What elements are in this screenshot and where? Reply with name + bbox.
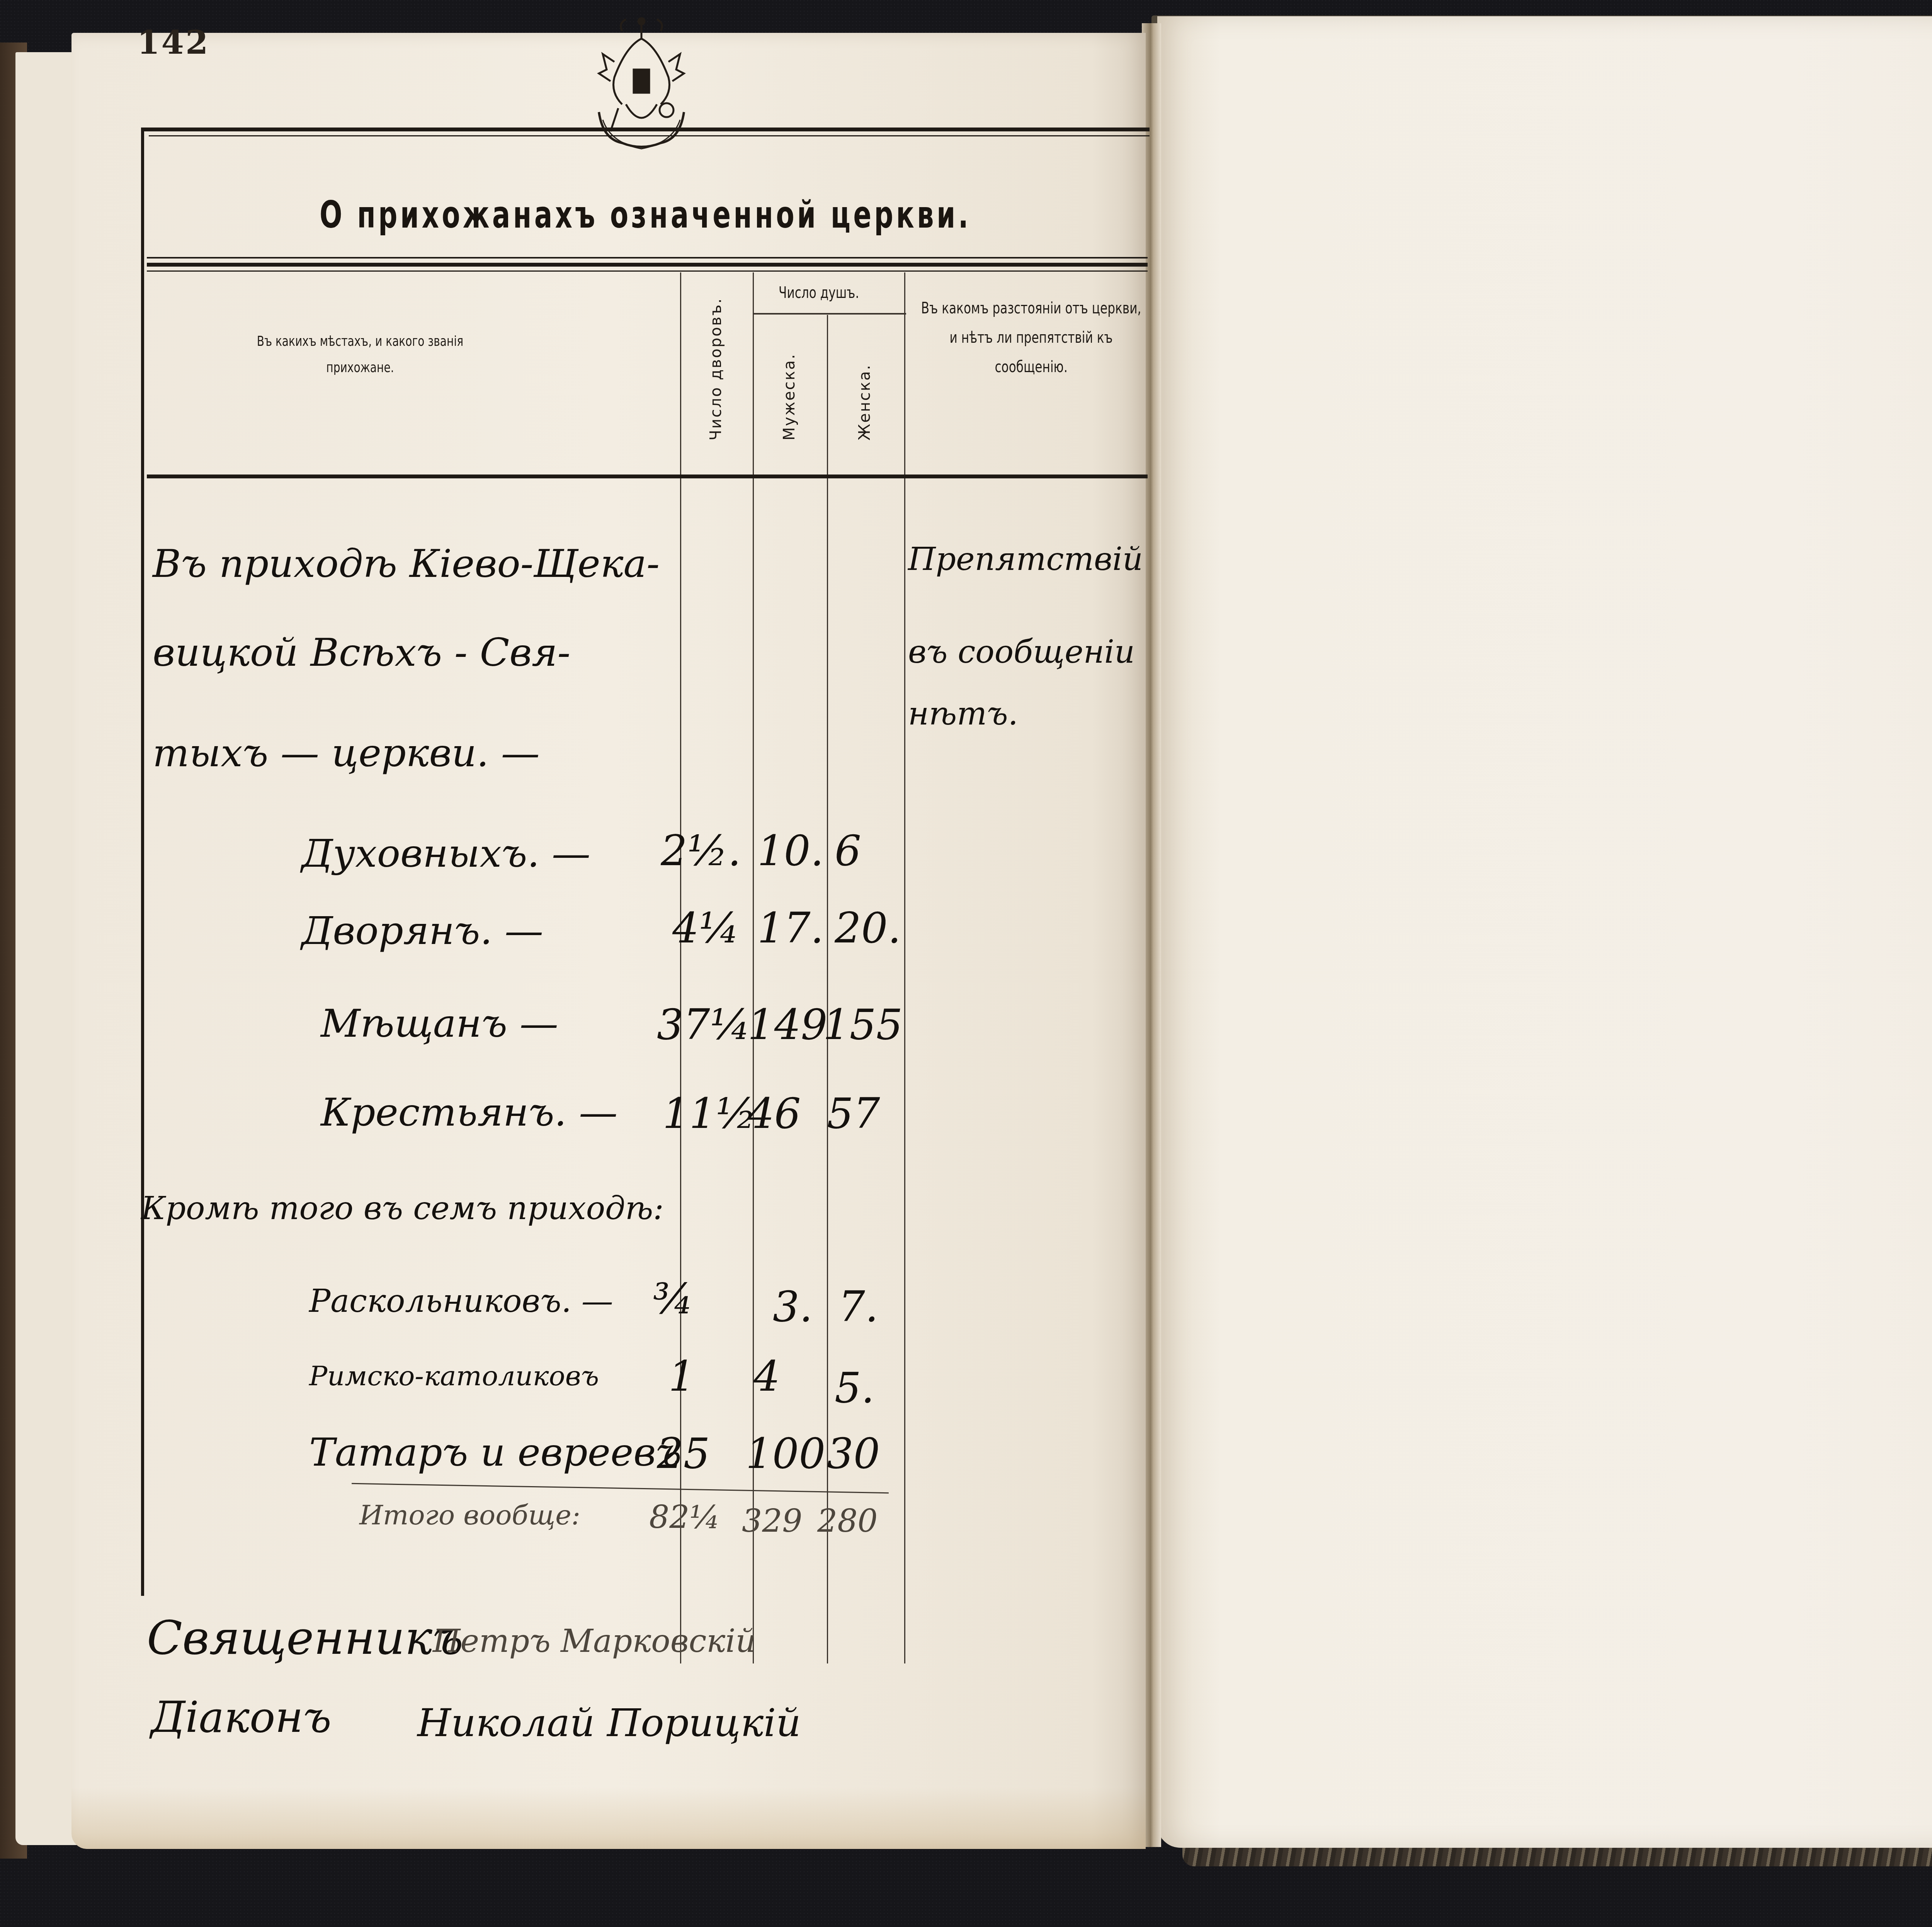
intro-line-1: Въ приходѣ Кіево-Щека- [153, 541, 660, 586]
column-header-male: Мужеска. [781, 353, 798, 441]
households-value: 37¼ [657, 1001, 750, 1049]
row-label: Татаръ и евреевъ [309, 1430, 682, 1475]
households-value: 11½ [663, 1090, 756, 1138]
male-value: 149 [748, 1001, 827, 1049]
male-value: 3. [773, 1283, 813, 1331]
signature-name: Николай Порицкій [417, 1700, 801, 1745]
column-header-places: Въ какихъ мѣстахъ, и какого званія прихо… [240, 328, 481, 381]
intro-line-2: вицкой Всѣхъ - Свя- [153, 630, 570, 675]
page-number: 142 [137, 23, 209, 61]
female-value: 155 [823, 1001, 903, 1049]
total-label: Итого вообще: [359, 1499, 580, 1531]
obstacle-note-1: Препятствій [908, 541, 1143, 578]
households-value: ¾ [653, 1275, 694, 1323]
signature-name: Петръ Марковскій [433, 1623, 756, 1660]
title-rule [147, 257, 1148, 259]
total-female: 280 [817, 1503, 878, 1540]
row-label: Дворянъ. — [301, 908, 543, 953]
total-households: 82¼ [649, 1499, 720, 1536]
male-value: 10. [757, 827, 824, 875]
column-header-souls: Число душъ. [779, 278, 859, 308]
row-label: Римско-католиковъ [309, 1360, 599, 1392]
female-value: 6 [835, 827, 861, 875]
right-page-blank [1157, 16, 1932, 1848]
households-value: 2½. [661, 827, 741, 875]
total-male: 329 [742, 1503, 803, 1540]
souls-header-divider [753, 313, 906, 315]
signature-role: Діаконъ [151, 1692, 332, 1742]
male-value: 46 [748, 1090, 801, 1138]
row-label: Духовныхъ. — [301, 831, 590, 876]
male-value: 17. [757, 904, 824, 952]
column-header-households: Число дворовъ. [707, 298, 725, 441]
households-value: 25 [657, 1430, 710, 1478]
female-value: 20. [835, 904, 901, 952]
page-title: О прихожанахъ означенной церкви. [311, 193, 979, 236]
header-bottom-rule [147, 475, 1148, 478]
female-value: 7. [838, 1283, 878, 1331]
male-value: 4 [753, 1352, 780, 1401]
female-value: 30 [827, 1430, 880, 1478]
male-value: 100 [746, 1430, 825, 1478]
households-value: 4¼ [672, 904, 739, 952]
row-label: Раскольниковъ. — [309, 1283, 613, 1320]
female-value: 57 [827, 1090, 880, 1138]
underlying-page [15, 52, 77, 1845]
title-rule [147, 270, 1148, 272]
title-rule [147, 263, 1148, 267]
row-label: Мѣщанъ — [321, 1001, 558, 1046]
column-header-distance: Въ какомъ разстояніи отъ церкви, и нѣтъ … [920, 294, 1143, 382]
column-header-female: Женска. [856, 364, 874, 441]
besides-heading: Кромѣ того въ семъ приходѣ: [141, 1190, 664, 1227]
row-label: Крестьянъ. — [321, 1090, 617, 1135]
obstacle-note-2: въ сообщеніи [908, 634, 1135, 670]
female-value: 5. [835, 1364, 874, 1412]
column-divider [904, 272, 905, 1663]
obstacle-note-3: нѣтъ. [908, 696, 1018, 732]
intro-line-3: тыхъ — церкви. — [153, 730, 540, 776]
signature-role: Священникъ [147, 1611, 463, 1665]
households-value: 1 [668, 1352, 695, 1401]
